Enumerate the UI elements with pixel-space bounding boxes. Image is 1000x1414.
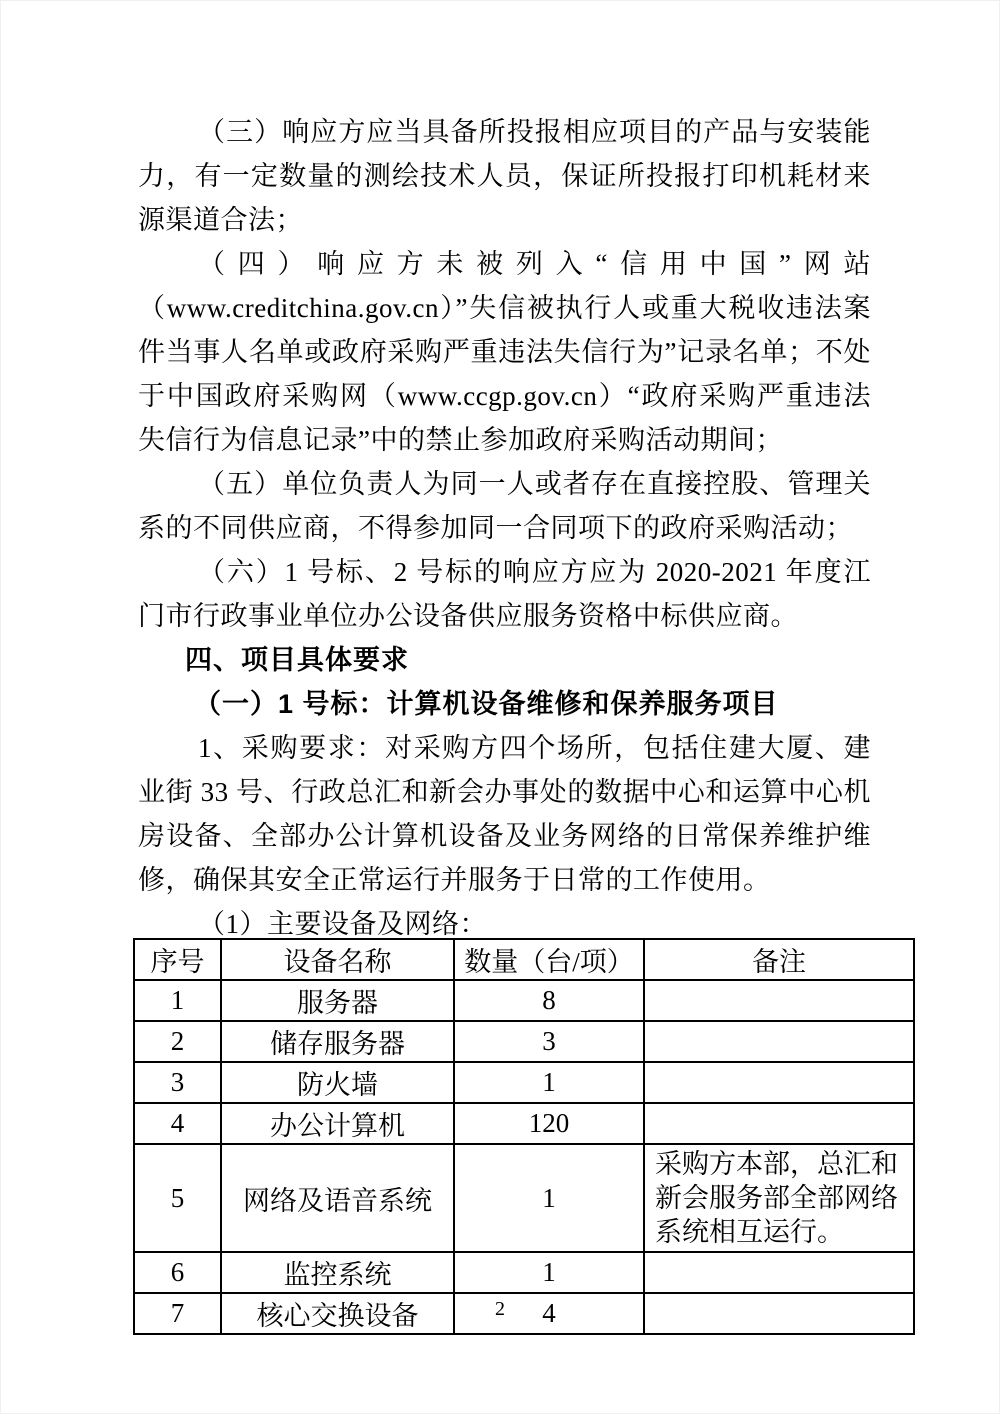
table-header-cell: 备注 xyxy=(644,939,914,980)
table-cell: 2 xyxy=(134,1021,221,1062)
document-page: （三）响应方应当具备所投报相应项目的产品与安装能力，有一定数量的测绘技术人员，保… xyxy=(0,0,1000,1414)
table-cell: 1 xyxy=(134,980,221,1021)
table-row: 5网络及语音系统1采购方本部，总汇和新会服务部全部网络系统相互运行。 xyxy=(134,1144,914,1252)
table-cell-remark xyxy=(644,1103,914,1144)
table-cell-remark: 采购方本部，总汇和新会服务部全部网络系统相互运行。 xyxy=(644,1144,914,1252)
table-cell: 8 xyxy=(454,980,644,1021)
subsection-heading: （一）1 号标：计算机设备维修和保养服务项目 xyxy=(138,682,871,726)
procurement-requirements: 1、采购要求：对采购方四个场所，包括住建大厦、建业街 33 号、行政总汇和新会办… xyxy=(138,726,871,902)
table-cell-remark xyxy=(644,1021,914,1062)
clause-5: （五）单位负责人为同一人或者存在直接控股、管理关系的不同供应商，不得参加同一合同… xyxy=(138,462,871,550)
table-cell: 1 xyxy=(454,1252,644,1293)
table-row: 3防火墙1 xyxy=(134,1062,914,1103)
table-cell: 3 xyxy=(134,1062,221,1103)
table-header-row: 序号设备名称数量（台/项）备注 xyxy=(134,939,914,980)
table-row: 4办公计算机120 xyxy=(134,1103,914,1144)
table-cell: 1 xyxy=(454,1144,644,1252)
table-cell: 120 xyxy=(454,1103,644,1144)
table-cell: 3 xyxy=(454,1021,644,1062)
table-header-cell: 序号 xyxy=(134,939,221,980)
table-cell-remark xyxy=(644,1062,914,1103)
table-header-cell: 数量（台/项） xyxy=(454,939,644,980)
document-body-text: （三）响应方应当具备所投报相应项目的产品与安装能力，有一定数量的测绘技术人员，保… xyxy=(138,110,871,946)
table-cell: 6 xyxy=(134,1252,221,1293)
equipment-table: 序号设备名称数量（台/项）备注1服务器82储存服务器33防火墙14办公计算机12… xyxy=(133,938,915,1335)
table-row: 1服务器8 xyxy=(134,980,914,1021)
table-row: 6监控系统1 xyxy=(134,1252,914,1293)
clause-6: （六）1 号标、2 号标的响应方应为 2020-2021 年度江门市行政事业单位… xyxy=(138,550,871,638)
section-heading: 四、项目具体要求 xyxy=(138,638,871,682)
table-cell: 网络及语音系统 xyxy=(221,1144,454,1252)
clause-3: （三）响应方应当具备所投报相应项目的产品与安装能力，有一定数量的测绘技术人员，保… xyxy=(138,110,871,242)
table-cell: 防火墙 xyxy=(221,1062,454,1103)
table-cell-remark xyxy=(644,1252,914,1293)
table-header-cell: 设备名称 xyxy=(221,939,454,980)
table-cell: 办公计算机 xyxy=(221,1103,454,1144)
table-cell: 5 xyxy=(134,1144,221,1252)
page-number: 2 xyxy=(0,1298,1000,1321)
table-cell: 4 xyxy=(134,1103,221,1144)
table-cell: 1 xyxy=(454,1062,644,1103)
table-row: 2储存服务器3 xyxy=(134,1021,914,1062)
table-cell-remark xyxy=(644,980,914,1021)
clause-4: （四）响应方未被列入“信用中国”网站（www.creditchina.gov.c… xyxy=(138,242,871,462)
table-cell: 监控系统 xyxy=(221,1252,454,1293)
table-cell: 储存服务器 xyxy=(221,1021,454,1062)
table-cell: 服务器 xyxy=(221,980,454,1021)
